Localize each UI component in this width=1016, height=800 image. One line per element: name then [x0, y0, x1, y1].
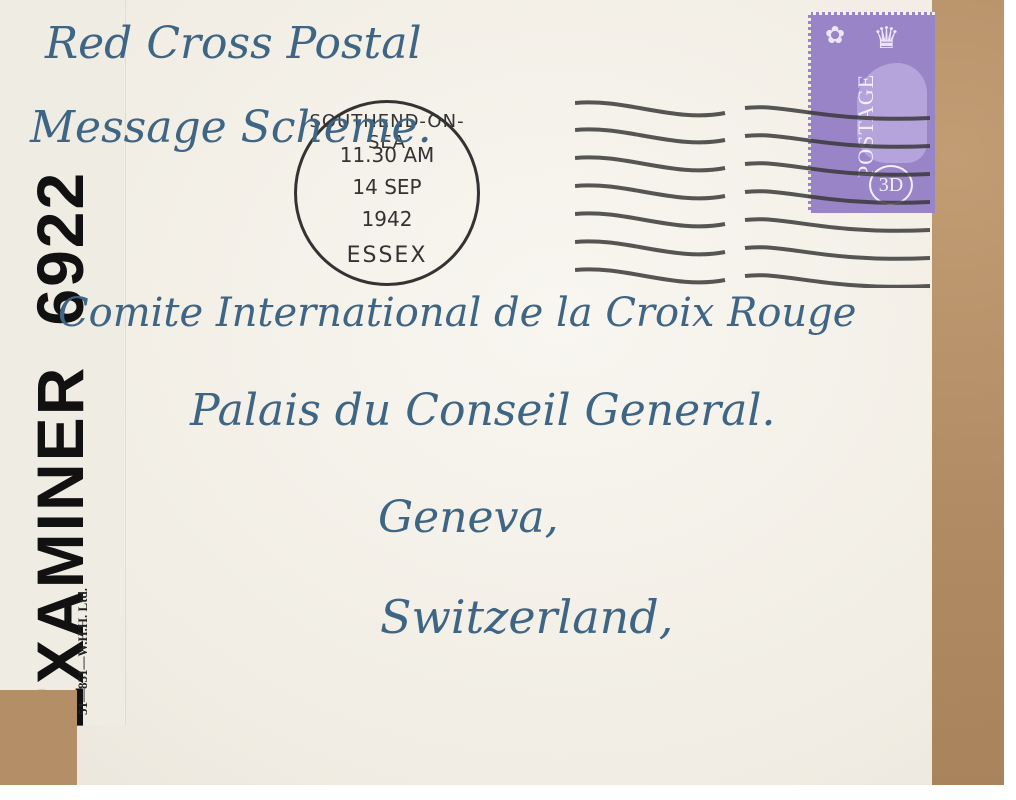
- address-line-2: Palais du Conseil General.: [190, 385, 775, 436]
- address-line-3: Geneva,: [378, 492, 559, 543]
- crown-icon: ♛: [873, 21, 900, 56]
- address-line-1: Comite International de la Croix Rouge: [58, 290, 856, 336]
- postmark-year: 1942: [297, 207, 477, 231]
- annotation-line-2: Message Scheme.: [30, 102, 432, 153]
- tape-strip-right: [932, 0, 1004, 785]
- postmark-county: ESSEX: [297, 243, 477, 268]
- rose-icon: ✿: [825, 21, 845, 50]
- address-line-4: Switzerland,: [380, 590, 673, 644]
- printer-mark: 51—851—W.H.H. Ltd.: [75, 455, 95, 715]
- tape-strip-bottom-left: [0, 690, 77, 785]
- wavy-cancellation-lines: [575, 98, 930, 288]
- postmark-date: 14 SEP: [297, 175, 477, 199]
- annotation-line-1: Red Cross Postal: [45, 18, 422, 69]
